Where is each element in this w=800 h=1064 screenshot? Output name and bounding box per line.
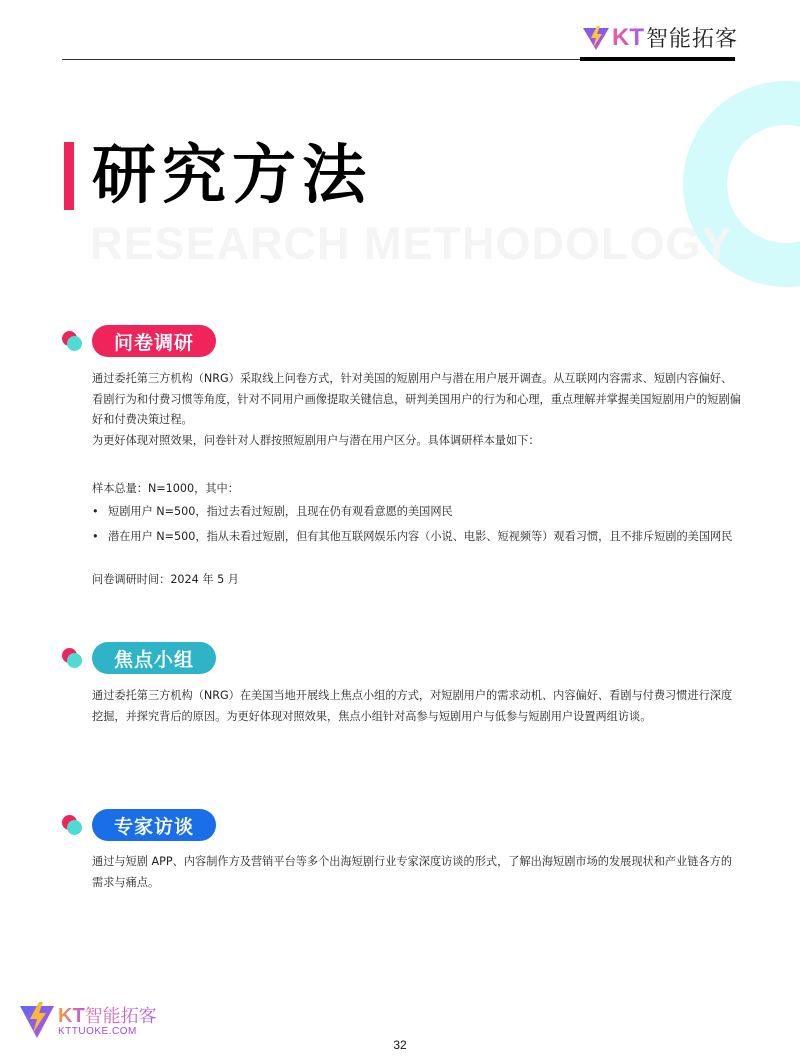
survey-paragraph-1: 通过委托第三方机构（NRG）采取线上问卷方式，针对美国的短剧用户与潜在用户展开调… xyxy=(92,369,742,431)
circles-icon xyxy=(62,814,84,836)
circles-icon xyxy=(62,647,84,669)
title-accent-bar xyxy=(64,142,74,210)
header-divider-accent xyxy=(580,57,735,61)
section-label: 焦点小组 xyxy=(92,642,216,674)
header-divider xyxy=(62,59,580,60)
section-label: 专家访谈 xyxy=(92,809,216,841)
section-header-expert-interview: 专家访谈 xyxy=(62,809,216,841)
lightning-v-logo-icon xyxy=(20,1002,54,1038)
section-label: 问卷调研 xyxy=(92,325,216,357)
list-item: 潜在用户 N=500，指从未看过短剧，但有其他互联网娱乐内容（小说、电影、短视频… xyxy=(92,527,742,548)
page-title: 研究方法 xyxy=(92,134,372,218)
focus-group-paragraph: 通过委托第三方机构（NRG）在美国当地开展线上焦点小组的方式，对短剧用户的需求动… xyxy=(92,686,742,727)
lightning-v-logo-icon xyxy=(583,26,609,50)
page-number: 32 xyxy=(0,1038,800,1052)
section-header-survey: 问卷调研 xyxy=(62,325,216,357)
circles-icon xyxy=(62,330,84,352)
section-header-focus-group: 焦点小组 xyxy=(62,642,216,674)
brand-latin: KT xyxy=(612,24,644,52)
brand-logo-footer: KT智能拓客 KTTUOKE.COM xyxy=(20,1002,157,1038)
brand-latin: KT xyxy=(58,1005,85,1027)
brand-logo-header: KT 智能拓客 xyxy=(583,22,738,53)
expert-interview-paragraph: 通过与短剧 APP、内容制作方及营销平台等多个出海短剧行业专家深度访谈的形式，了… xyxy=(92,852,742,893)
brand-cn: 智能拓客 xyxy=(85,1006,157,1027)
brand-cn: 智能拓客 xyxy=(646,22,738,53)
survey-time: 问卷调研时间：2024 年 5 月 xyxy=(92,570,742,591)
survey-paragraph-2: 为更好体现对照效果，问卷针对人群按照短剧用户与潜在用户区分。具体调研样本量如下： xyxy=(92,431,742,452)
sample-total: 样本总量：N=1000，其中： xyxy=(92,479,742,500)
list-item: 短剧用户 N=500，指过去看过短剧，且现在仍有观看意愿的美国网民 xyxy=(92,502,742,523)
page-title-english: RESEARCH METHODOLOGY xyxy=(90,218,733,270)
